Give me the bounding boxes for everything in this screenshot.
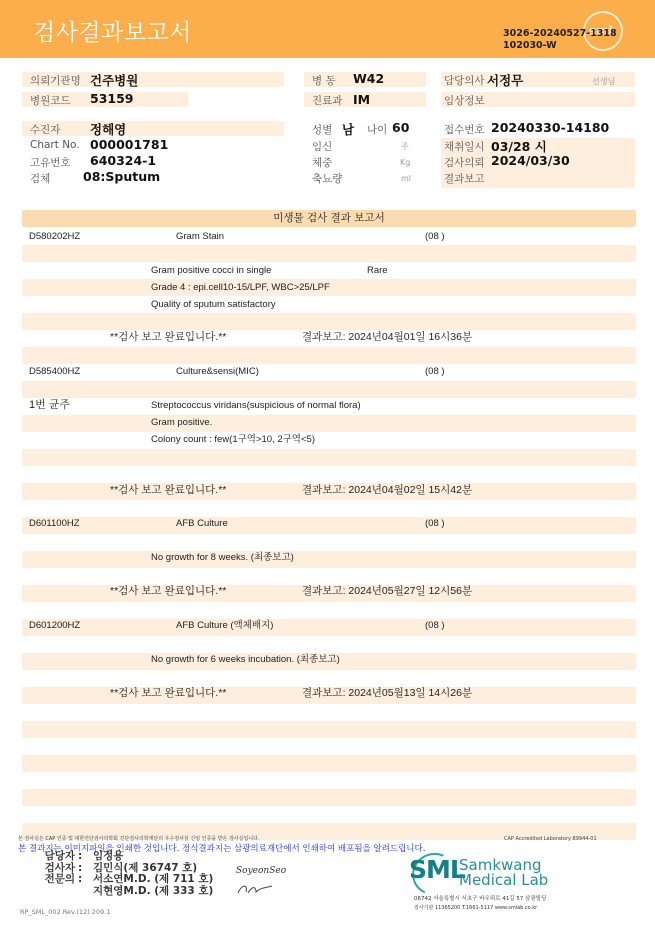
isolate-label: 1번 균주 [29,397,70,414]
patient-value: 정해영 [90,120,126,138]
institution-value: 건주병원 [90,71,138,89]
report-time: 결과보고: 2024년05월27일 12시56분 [302,583,472,600]
clinical-info-label: 임상정보 [444,93,485,108]
report-complete-row: **검사 보고 완료입니다.** 결과보고: 2024년04월01일 16시36… [0,329,655,346]
id-no-label: 고유번호 [30,155,71,170]
collect-time-label: 채취일시 [444,139,485,154]
patient-label: 수진자 [30,122,60,137]
row-stripe [22,755,636,772]
specimen-label: 검체 [30,171,50,186]
section-title: 미생물 검사 결과 보고서 [22,210,636,227]
age-label: 나이 [367,122,387,137]
id-no-value: 640324-1 [90,153,156,168]
test-name: AFB Culture (액체배지) [176,617,273,634]
lab-address: 06742 서울특별시 서초구 바우뫼로 41길 57 삼광빌딩 [414,894,546,902]
sex-label: 성별 [312,122,332,137]
row-stripe [22,721,636,738]
info-band [22,121,284,136]
hospital-code-label: 병원코드 [30,93,71,108]
test-name: Culture&sensi(MIC) [176,363,259,380]
row-stripe [22,347,636,364]
report-time: 결과보고: 2024년04월02일 15시42분 [302,482,472,499]
ward-label: 병 동 [312,73,336,88]
pregnancy-label: 임신 [312,139,332,154]
request-date-value: 2024/03/30 [491,153,570,168]
weight-label: 체중 [312,155,332,170]
result-line: 1번 균주 Streptococcus viridans(suspicious … [0,397,655,414]
signature: SoyeonSeo [236,866,286,876]
report-complete-row: **검사 보고 완료입니다.** 결과보고: 2024년04월02일 15시42… [0,482,655,499]
accreditation-note: 본 검사실은 CAP 인증 및 대한진단검사의학회 진단검사의학재단의 우수검사… [18,835,260,842]
lab-contact: 검사기관 11365200 T.1661-5117 www.smlab.co.k… [414,904,537,911]
test-code: D601200HZ [29,617,80,634]
row-stripe [22,381,636,398]
test-specimen: (08 ) [425,617,445,634]
report-complete-row: **검사 보고 완료입니다.** 결과보고: 2024년05월27일 12시56… [0,583,655,600]
test-row: D585400HZ Culture&sensi(MIC) (08 ) [0,363,655,380]
doctor-suffix: 선생님 [592,76,615,87]
signature-scribble-icon [236,882,274,896]
age-value: 60 [392,120,409,135]
row-stripe [22,313,636,330]
report-header: 검사결과보고서 sml 3026-20240527-1318 102030-W [0,0,655,58]
result-line: Quality of sputum satisfactory [0,296,655,313]
institution-label: 의뢰기관명 [30,73,81,88]
test-code: D601100HZ [29,515,80,532]
row-stripe [22,449,636,466]
test-specimen: (08 ) [425,228,445,245]
test-specimen: (08 ) [425,363,445,380]
result-line: Gram positive cocci in single Rare [0,262,655,279]
form-number: RP_SML_002 Rev.(12) 209.1 [20,908,110,916]
test-specimen: (08 ) [425,515,445,532]
row-stripe [22,245,636,262]
ward-value: W42 [353,71,384,86]
document-number: 3026-20240527-1318 102030-W [503,28,617,52]
cap-accreditation: CAP Accredited Laboratory 89944-01 [504,836,597,842]
test-row: D601100HZ AFB Culture (08 ) [0,515,655,532]
test-name: Gram Stain [176,228,224,245]
test-code: D585400HZ [29,363,80,380]
receipt-no-value: 20240330-14180 [491,120,609,135]
result-line: No growth for 6 weeks incubation. (최종보고) [0,651,655,668]
report-title: 검사결과보고서 [33,14,192,47]
dept-value: IM [353,92,370,107]
test-code: D580202HZ [29,228,80,245]
doctor-label: 담당의사 [444,73,485,88]
request-date-label: 검사의뢰 [444,155,485,170]
chart-no-value: 000001781 [90,137,168,152]
test-row: D580202HZ Gram Stain (08 ) [0,228,655,245]
weight-unit: Kg [400,158,410,167]
report-time: 결과보고: 2024년05월13일 14시26분 [302,685,472,702]
result-line: No growth for 8 weeks. (최종보고) [0,549,655,566]
result-line: Grade 4 : epi.cell10-15/LPF, WBC>25/LPF [0,279,655,296]
sex-value: 남 [342,120,354,138]
urine-label: 축뇨량 [312,171,342,186]
urine-unit: ml [401,174,411,183]
doctor-value: 서정무 [487,71,523,89]
test-row: D601200HZ AFB Culture (액체배지) (08 ) [0,617,655,634]
dept-label: 진료과 [312,93,342,108]
specimen-value: 08:Sputum [83,169,160,184]
hospital-code-value: 53159 [90,91,134,106]
result-line: Gram positive. [0,414,655,431]
report-complete-row: **검사 보고 완료입니다.** 결과보고: 2024년05월13일 14시26… [0,685,655,702]
receipt-no-label: 접수번호 [444,122,485,137]
row-stripe [22,789,636,806]
report-time: 결과보고: 2024년04월01일 16시36분 [302,329,472,346]
pregnancy-unit: 주 [401,141,409,152]
chart-no-label: Chart No. [30,139,80,151]
result-value: Rare [367,262,388,279]
report-label: 결과보고 [444,171,485,186]
test-name: AFB Culture [176,515,228,532]
result-line: Colony count : few(1구역>10, 2구역<5) [0,431,655,448]
